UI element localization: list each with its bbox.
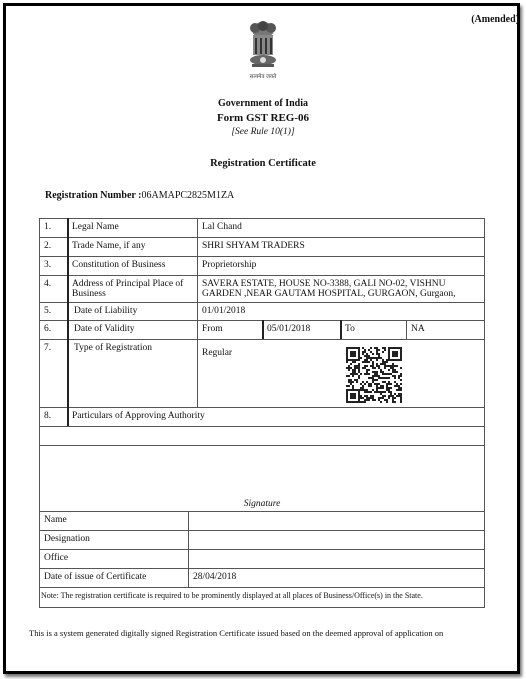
government-heading: Government of India [0,98,526,109]
row-6-number: 6. [40,321,67,334]
validity-from-value: 05/01/2018 [263,321,340,334]
certificate-title: Registration Certificate [0,158,526,169]
registration-type-value: Regular [198,345,298,358]
validity-to-value: NA [407,321,484,334]
validity-from-label: From [198,321,262,334]
validity-to-label: To [341,321,406,334]
authority-name-value [189,512,484,515]
registration-number: Registration Number :06AMAPC2825M1ZA [45,190,234,201]
row-7-label: Type of Registration [70,340,197,353]
row-6-label: Date of Validity [70,321,197,334]
authority-office-label: Office [40,550,188,563]
registration-number-label: Registration Number : [45,190,141,201]
row-8-number: 8. [40,408,67,421]
national-emblem-icon: सत्यमेव जयते [243,18,283,80]
authority-designation-value [189,531,484,534]
legal-name-value: Lal Chand [198,219,484,232]
liability-date-value: 01/01/2018 [198,303,484,316]
row-5-number: 5. [40,303,67,316]
rule-reference: [See Rule 10(1)] [0,127,526,137]
footer-statement: This is a system generated digitally sig… [29,628,443,638]
row-8-label: Particulars of Approving Authority [68,408,368,421]
signature-label: Signature [40,499,484,509]
row-2-label: Trade Name, if any [68,238,197,251]
form-title: Form GST REG-06 [0,112,526,124]
authority-name-label: Name [40,512,188,525]
registration-number-value: 06AMAPC2825M1ZA [141,190,234,201]
address-value: SAVERA ESTATE, HOUSE NO-3388, GALI NO-02… [198,276,484,299]
display-note: Note: The registration certificate is re… [40,590,484,601]
authority-office-value [189,550,484,553]
amended-label: (Amended) [471,14,519,25]
issue-date-value: 28/04/2018 [189,569,484,582]
svg-text:सत्यमेव जयते: सत्यमेव जयते [250,73,277,80]
authority-designation-label: Designation [40,531,188,544]
row-1-label: Legal Name [68,219,197,232]
qr-code-icon [346,347,402,403]
row-5-label: Date of Liability [70,303,197,316]
issue-date-label: Date of issue of Certificate [40,569,188,582]
trade-name-value: SHRI SHYAM TRADERS [198,238,484,251]
row-3-label: Constitution of Business [68,257,197,270]
row-1-number: 1. [40,219,67,232]
row-2-number: 2. [40,238,67,251]
row-4-number: 4. [40,276,67,289]
row-3-number: 3. [40,257,67,270]
constitution-value: Proprietorship [198,257,484,270]
row-4-label: Address of Principal Place of Business [68,276,197,299]
row-7-number: 7. [40,340,67,353]
